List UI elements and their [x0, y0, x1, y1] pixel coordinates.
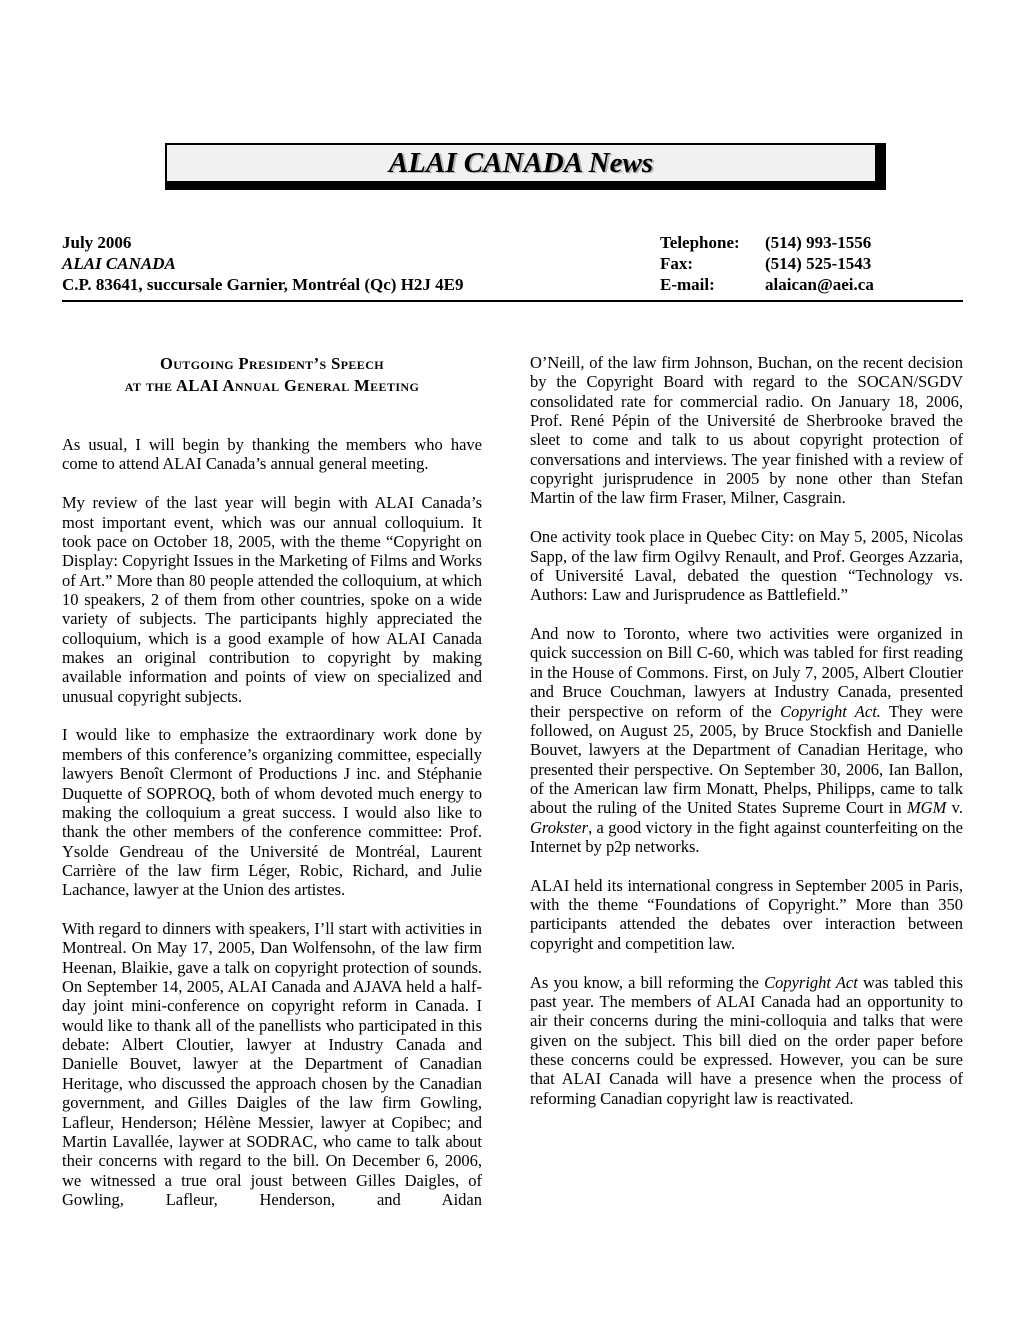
masthead: July 2006 ALAI CANADA C.P. 83641, succur… [62, 232, 963, 302]
italic-text: Copyright Act. [780, 702, 881, 721]
article-body: Outgoing President’s Speech at the ALAI … [62, 353, 963, 1229]
fax-number: (514) 525-1543 [765, 253, 871, 274]
italic-text: MGM [907, 798, 946, 817]
text: One activity took place in Quebec City: … [530, 527, 963, 604]
telephone-label: Telephone: [660, 232, 765, 253]
mailing-address: C.P. 83641, succursale Garnier, Montréal… [62, 274, 464, 295]
paragraph: ALAI held its international congress in … [530, 876, 963, 953]
text: ALAI held its international congress in … [530, 876, 963, 953]
paragraph: One activity took place in Quebec City: … [530, 527, 963, 604]
text: With regard to dinners with speakers, I’… [62, 919, 482, 1209]
email-label: E-mail: [660, 274, 765, 295]
telephone-number: (514) 993-1556 [765, 232, 871, 253]
paragraph: And now to Toronto, where two activities… [530, 624, 963, 856]
email-address: alaican@aei.ca [765, 274, 874, 295]
paragraph: With regard to dinners with speakers, I’… [62, 919, 482, 1209]
newsletter-title: ALAI CANADA News [389, 147, 653, 179]
article-heading: Outgoing President’s Speech at the ALAI … [62, 353, 482, 397]
text: was tabled this past year. The members o… [530, 973, 963, 1108]
paragraph: My review of the last year will begin wi… [62, 493, 482, 706]
article-heading-line1: Outgoing President’s Speech [62, 353, 482, 375]
masthead-left: July 2006 ALAI CANADA C.P. 83641, succur… [62, 232, 464, 295]
italic-text: Grokster [530, 818, 588, 837]
fax-label: Fax: [660, 253, 765, 274]
right-column: O’Neill, of the law firm Johnson, Buchan… [530, 353, 963, 1229]
paragraph: O’Neill, of the law firm Johnson, Buchan… [530, 353, 963, 508]
right-column-paragraphs: O’Neill, of the law firm Johnson, Buchan… [530, 353, 963, 1108]
text: v. [946, 798, 963, 817]
newsletter-title-banner: ALAI CANADA News [165, 143, 886, 190]
masthead-contacts: Telephone: (514) 993-1556 Fax: (514) 525… [660, 232, 963, 295]
text: As usual, I will begin by thanking the m… [62, 435, 482, 473]
contact-email: E-mail: alaican@aei.ca [660, 274, 963, 295]
contact-telephone: Telephone: (514) 993-1556 [660, 232, 963, 253]
italic-text: Copyright Act [764, 973, 858, 992]
left-column: Outgoing President’s Speech at the ALAI … [62, 353, 482, 1229]
text: , a good victory in the fight against co… [530, 818, 963, 856]
issue-date: July 2006 [62, 232, 464, 253]
article-heading-line2: at the ALAI Annual General Meeting [62, 375, 482, 397]
left-column-paragraphs: As usual, I will begin by thanking the m… [62, 435, 482, 1209]
text: I would like to emphasize the extraordin… [62, 725, 482, 899]
text: As you know, a bill reforming the [530, 973, 764, 992]
newsletter-page: ALAI CANADA News July 2006 ALAI CANADA C… [0, 0, 1020, 1229]
contact-fax: Fax: (514) 525-1543 [660, 253, 963, 274]
text: My review of the last year will begin wi… [62, 493, 482, 705]
text: O’Neill, of the law firm Johnson, Buchan… [530, 353, 963, 507]
paragraph: I would like to emphasize the extraordin… [62, 725, 482, 899]
organization-name: ALAI CANADA [62, 253, 464, 274]
paragraph: As usual, I will begin by thanking the m… [62, 435, 482, 474]
paragraph: As you know, a bill reforming the Copyri… [530, 973, 963, 1108]
